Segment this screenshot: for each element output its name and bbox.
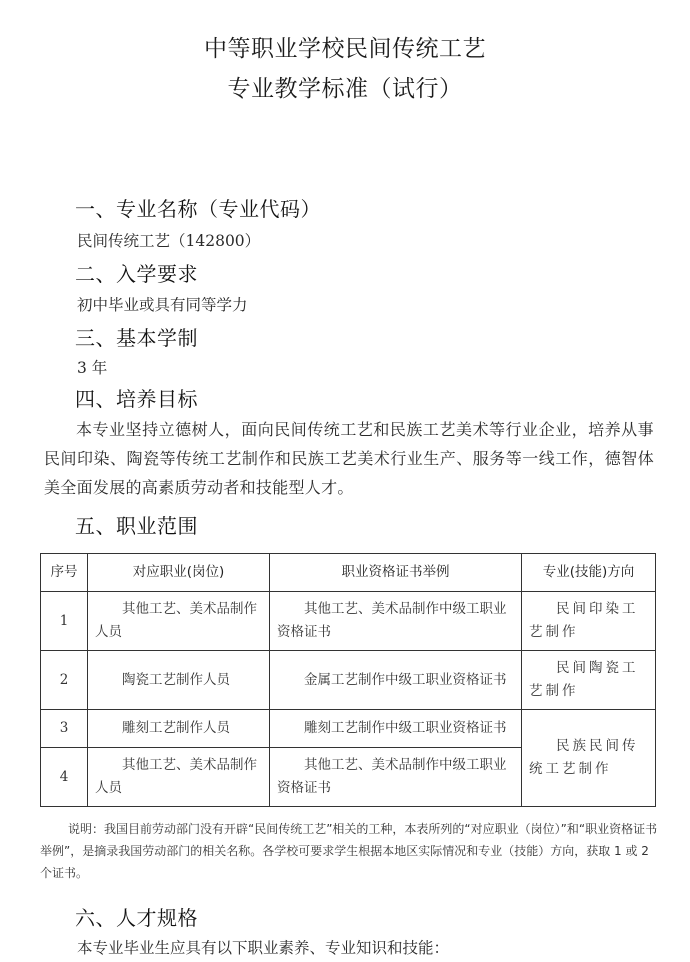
row-certificate: 雕刻工艺制作中级工职业资格证书: [270, 710, 522, 748]
admission-requirement-value: 初中毕业或具有同等学力: [77, 293, 248, 315]
row-index: 3: [41, 710, 88, 748]
header-certificate: 职业资格证书举例: [270, 554, 522, 592]
section-heading-duration: 三、基本学制: [75, 322, 198, 351]
table-row: 1 其他工艺、美术品制作人员 其他工艺、美术品制作中级工职业资格证书 民间印染工…: [41, 592, 656, 651]
table-header-row: 序号 对应职业(岗位) 职业资格证书举例 专业(技能)方向: [41, 554, 656, 592]
section-heading-admission: 二、入学要求: [75, 258, 198, 287]
talent-spec-intro: 本专业毕业生应具有以下职业素养、专业知识和技能：: [77, 936, 449, 958]
header-direction: 专业(技能)方向: [522, 554, 656, 592]
section-heading-talent-spec: 六、人才规格: [75, 902, 198, 931]
section-heading-major-name: 一、专业名称（专业代码）: [75, 193, 321, 222]
row-certificate: 金属工艺制作中级工职业资格证书: [270, 651, 522, 710]
document-title-line2: 专业教学标准（试行）: [0, 70, 690, 103]
row-occupation: 其他工艺、美术品制作人员: [88, 748, 270, 807]
row-index: 1: [41, 592, 88, 651]
table-note: 说明：我国目前劳动部门没有开辟“民间传统工艺”相关的工种，本表所列的“对应职业（…: [40, 818, 660, 884]
row-index: 4: [41, 748, 88, 807]
row-direction-merged: 民族民间传统工艺制作: [522, 710, 656, 807]
table-row: 3 雕刻工艺制作人员 雕刻工艺制作中级工职业资格证书 民族民间传统工艺制作: [41, 710, 656, 748]
section-heading-occupation-scope: 五、职业范围: [75, 510, 198, 539]
header-occupation: 对应职业(岗位): [88, 554, 270, 592]
row-direction: 民间陶瓷工艺制作: [522, 651, 656, 710]
header-index: 序号: [41, 554, 88, 592]
section-heading-objectives: 四、培养目标: [75, 383, 198, 412]
row-occupation: 雕刻工艺制作人员: [88, 710, 270, 748]
row-occupation: 陶瓷工艺制作人员: [88, 651, 270, 710]
row-certificate: 其他工艺、美术品制作中级工职业资格证书: [270, 592, 522, 651]
major-name-value: 民间传统工艺（142800）: [77, 229, 260, 251]
row-index: 2: [41, 651, 88, 710]
row-occupation: 其他工艺、美术品制作人员: [88, 592, 270, 651]
row-direction: 民间印染工艺制作: [522, 592, 656, 651]
table-row: 2 陶瓷工艺制作人员 金属工艺制作中级工职业资格证书 民间陶瓷工艺制作: [41, 651, 656, 710]
occupation-table: 序号 对应职业(岗位) 职业资格证书举例 专业(技能)方向 1 其他工艺、美术品…: [40, 553, 656, 807]
objectives-paragraph: 本专业坚持立德树人，面向民间传统工艺和民族工艺美术等行业企业，培养从事民间印染、…: [44, 415, 654, 502]
row-certificate: 其他工艺、美术品制作中级工职业资格证书: [270, 748, 522, 807]
duration-value: 3 年: [77, 356, 107, 378]
document-title-line1: 中等职业学校民间传统工艺: [0, 30, 690, 63]
